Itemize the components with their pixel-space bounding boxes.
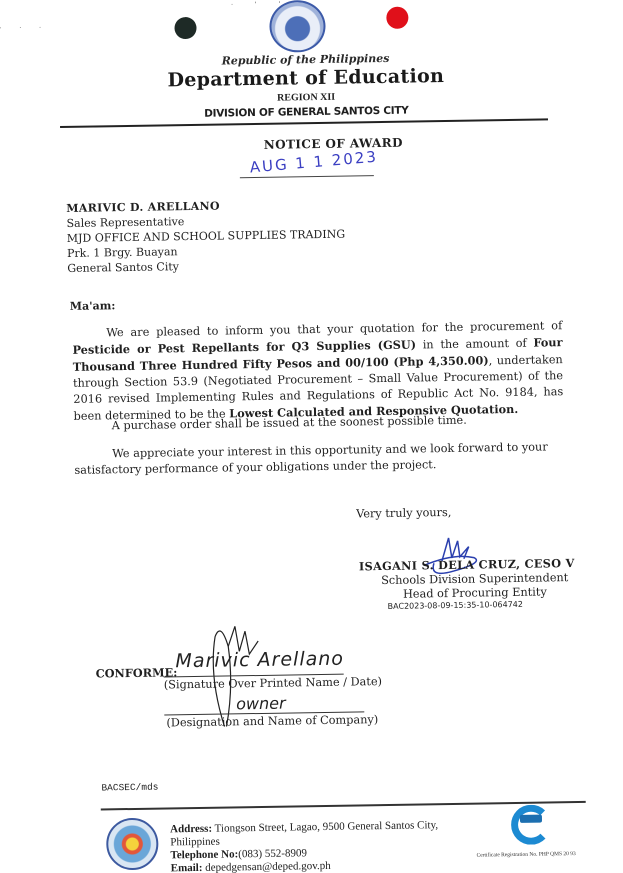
signature-caption: (Signature Over Printed Name / Date) [164,675,382,691]
date-stamp: AUG 1 1 2023 [249,148,379,177]
footer-contact: Address: Tiongson Street, Lagao, 9500 Ge… [170,819,471,873]
division-seal-icon [106,818,159,871]
certificate-number: Certificate Registration No. PHP QMS 20 … [477,851,576,859]
designation-caption: (Designation and Name of Company) [166,713,378,729]
initials: BACSEC/mds [101,782,158,794]
reference-code: BAC2023-08-09-15:35-10-064742 [388,600,523,611]
signatory-role: Head of Procuring Entity [362,585,587,602]
deped-seal-icon [269,0,326,53]
salutation: Ma'am: [70,299,116,313]
handwritten-name: Marivic Arellano [175,648,344,673]
telephone-label: Telephone No: [170,848,238,861]
footer-divider [101,801,586,811]
award-paragraph: We are pleased to inform you that your q… [72,318,563,425]
document-title: NOTICE OF AWARD [233,135,433,152]
para3-text: We appreciate your interest in this oppo… [74,440,547,476]
tuv-logo-icon [520,815,542,823]
red-punch-dot-icon [386,7,408,29]
addressee-city: General Santos City [67,257,345,276]
black-punch-dot-icon [174,17,196,39]
address-label: Address: [170,823,212,836]
appreciation-paragraph: We appreciate your interest in this oppo… [74,439,564,479]
scan-specks: · · · [0,24,49,32]
email-label: Email: [171,862,203,873]
addressee-block: MARIVIC D. ARELLANO Sales Representative… [66,197,345,276]
procurement-item: Pesticide or Pest Repellants for Q3 Supp… [72,337,416,356]
closing: Very truly yours, [356,506,451,520]
notice-of-award-document: · · · · ' ' · Republic of the Philippine… [0,0,623,873]
telephone-value: (083) 552-8909 [238,847,307,860]
iso-certification-icon [511,804,552,845]
handwritten-designation: owner [236,694,286,714]
email-value: depedgensan@deped.gov.ph [205,860,331,873]
para1-text-b: in the amount of [416,337,534,352]
